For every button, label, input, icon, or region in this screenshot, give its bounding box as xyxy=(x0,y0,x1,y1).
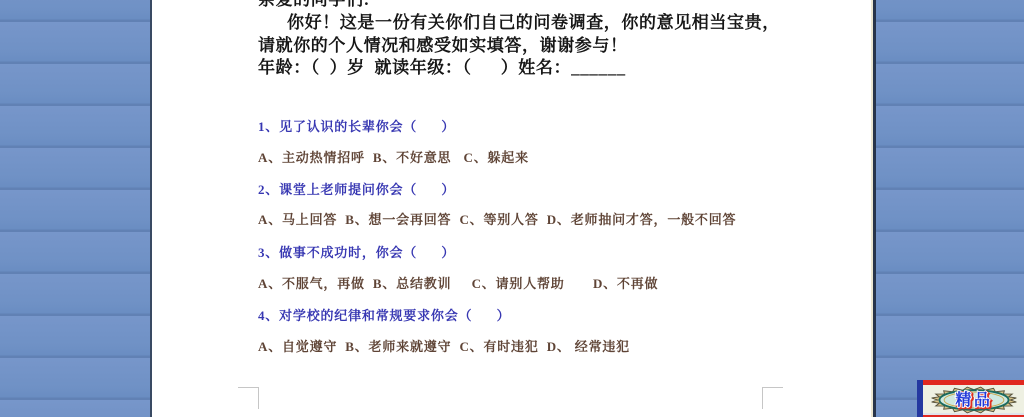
question-3: 3、做事不成功时，你会（ ） xyxy=(258,245,455,260)
answers-1: A、主动热情招呼 B、不好意思 C、躲起来 xyxy=(258,150,529,165)
document-page: 亲爱的同学们: 你好！这是一份有关你们自己的问卷调查，你的意见相当宝贵， 请就你… xyxy=(150,0,876,417)
quality-badge: 精品 精品 xyxy=(917,380,1024,417)
answers-3: A、不服气，再做 B、总结教训 C、请别人帮助 D、不再做 xyxy=(258,276,658,291)
question-4: 4、对学校的纪律和常规要求你会（ ） xyxy=(258,308,510,323)
question-2: 2、课堂上老师提问你会（ ） xyxy=(258,182,455,197)
greeting-line: 亲爱的同学们: xyxy=(258,0,370,10)
starburst-seal-icon: 精品 精品 xyxy=(926,386,1022,414)
intro-line-1: 你好！这是一份有关你们自己的问卷调查，你的意见相当宝贵， xyxy=(287,13,780,33)
text-boundary-mark-right xyxy=(762,387,783,409)
answers-4: A、自觉遵守 B、老师来就遵守 C、有时违犯 D、 经常违犯 xyxy=(258,339,630,354)
intro-line-2: 请就你的个人情况和感受如实填答，谢谢参与！ xyxy=(258,36,628,56)
answers-2: A、马上回答 B、想一会再回答 C、等别人答 D、老师抽问才答，一般不回答 xyxy=(258,212,736,227)
desktop-background: 亲爱的同学们: 你好！这是一份有关你们自己的问卷调查，你的意见相当宝贵， 请就你… xyxy=(0,0,1024,417)
badge-text: 精品 xyxy=(955,390,992,409)
text-boundary-mark-left xyxy=(238,387,259,409)
question-1: 1、见了认识的长辈你会（ ） xyxy=(258,119,455,134)
badge-seal-area: 精品 精品 xyxy=(923,380,1024,417)
age-grade-name-line: 年龄：（ ）岁 就读年级：（ ）姓名：______ xyxy=(258,58,626,78)
